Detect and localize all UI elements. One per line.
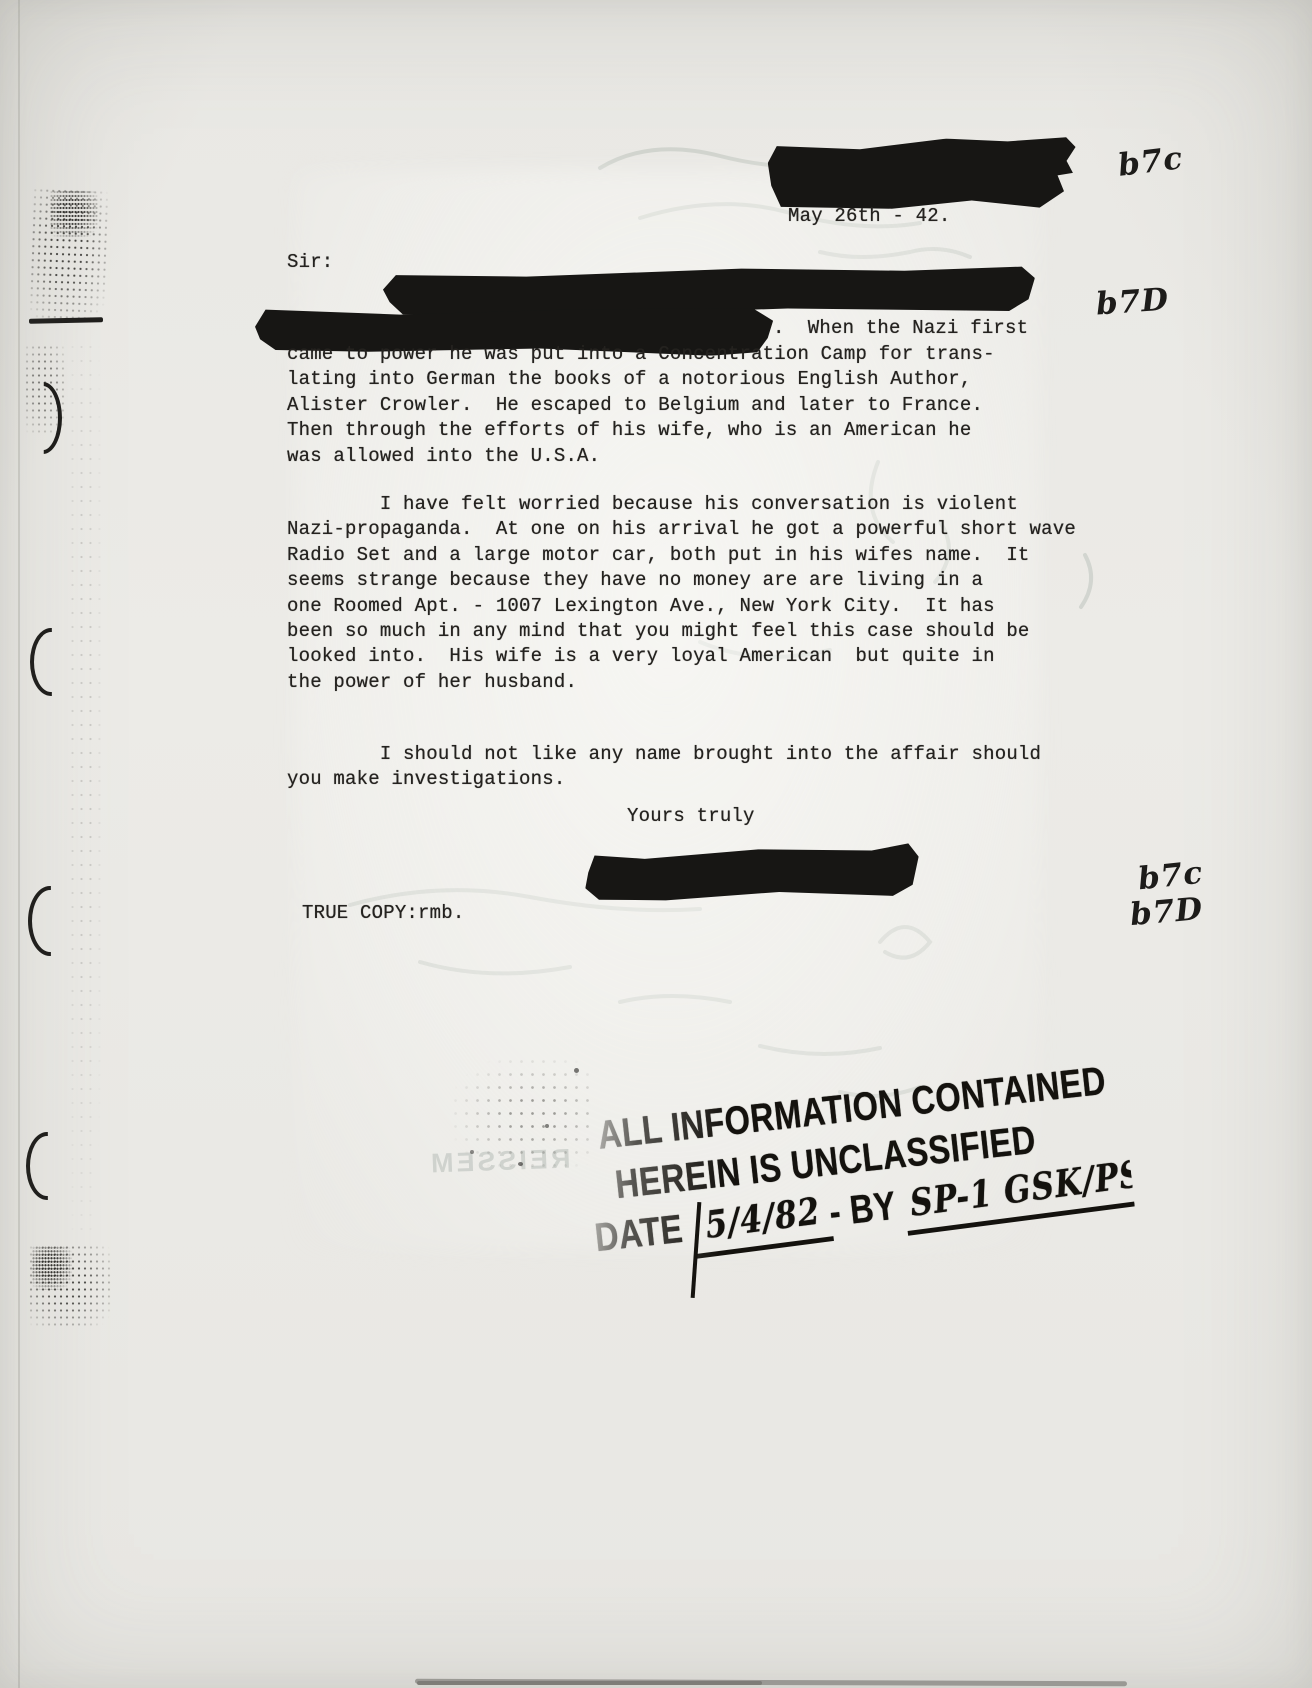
stamp-by-label: BY — [848, 1183, 899, 1233]
binding-speckle-patch — [50, 190, 98, 238]
letter-line: been so much in any mind that you might … — [287, 619, 1076, 644]
ink-speck — [518, 1162, 523, 1166]
letter-line: was allowed into the U.S.A. — [287, 444, 995, 469]
letter-line: I have felt worried because his conversa… — [287, 492, 1076, 517]
handwritten-exemption-b7d-paragraph: b7D — [1095, 281, 1170, 322]
typed-date: May 26th - 42. — [788, 204, 950, 229]
salutation: Sir: — [287, 250, 333, 275]
scanned-letter-page: b7c May 26th - 42. Sir: . When the Nazi … — [0, 0, 1312, 1688]
binding-speckle-patch — [32, 1246, 72, 1290]
letter-line: you make investigations. — [287, 767, 1041, 792]
letter-line: Alister Crowler. He escaped to Belgium a… — [287, 393, 995, 418]
letter-line: looked into. His wife is a very loyal Am… — [287, 644, 1076, 669]
handwritten-exemption-b7d-signature: b7D — [1129, 891, 1205, 933]
handwritten-exemption-b7c-top: b7c — [1116, 140, 1185, 184]
letter-line: Radio Set and a large motor car, both pu… — [287, 543, 1076, 568]
paper-left-edge — [18, 0, 20, 1688]
binding-hole-arc — [30, 628, 72, 696]
letter-line: I should not like any name brought into … — [287, 742, 1041, 767]
letter-line: Then through the efforts of his wife, wh… — [287, 418, 995, 443]
letter-line: the power of her husband. — [287, 670, 1076, 695]
binding-speckle-column — [68, 340, 102, 1240]
letter-line: one Roomed Apt. - 1007 Lexington Ave., N… — [287, 594, 1076, 619]
letter-line: seems strange because they have no money… — [287, 568, 1076, 593]
redaction-bar-addressee — [767, 133, 1076, 214]
letter-line-p1-visible-tail: . When the Nazi first — [773, 316, 1028, 341]
stamp-ink-splatter — [450, 1055, 590, 1175]
closing: Yours truly — [627, 804, 755, 829]
binding-hole-arc — [26, 1132, 68, 1200]
true-copy-line: TRUE COPY:rmb. — [302, 901, 464, 926]
letter-line: lating into German the books of a notori… — [287, 367, 995, 392]
ink-speck — [470, 1150, 474, 1154]
ink-speck — [574, 1068, 579, 1073]
letter-line: Nazi-propaganda. At one on his arrival h… — [287, 517, 1076, 542]
ink-speck — [545, 1124, 549, 1128]
binding-hole-arc — [28, 886, 72, 956]
letter-line: came to power he was put into a Concentr… — [287, 342, 995, 367]
stamp-date-label: DATE — [593, 1207, 685, 1262]
page-bottom-edge — [417, 1681, 762, 1685]
